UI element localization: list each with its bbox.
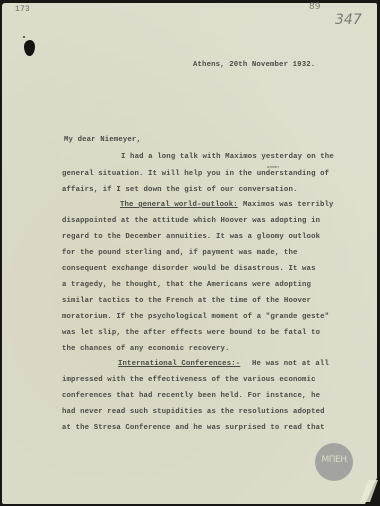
letter-line: similar tactics to the French at the tim… bbox=[62, 297, 311, 305]
handwritten-page-number: 347 bbox=[335, 12, 362, 28]
letter-line: a tragedy, he thought, that the American… bbox=[62, 281, 311, 289]
archive-stamp: ΜΠΕΗ bbox=[315, 443, 353, 481]
ink-dot bbox=[23, 36, 25, 38]
letter-line: at the Stresa Conference and he was surp… bbox=[62, 424, 325, 432]
handwritten-folio-number: 89 bbox=[309, 2, 320, 12]
letter-line: conferences that had recently been held.… bbox=[62, 392, 320, 400]
letter-line: Maximos was terribly bbox=[243, 201, 334, 209]
document-page: 173 89 347 Athens, 20th November 1932. M… bbox=[2, 3, 377, 504]
stamp-label: ΜΠΕΗ bbox=[315, 455, 353, 465]
letter-line: I had a long talk with Maximos yesterday… bbox=[121, 153, 334, 161]
letter-line: He was not at all bbox=[252, 360, 329, 368]
section-heading-world-outlook: The general world-outlook: bbox=[120, 201, 238, 209]
letter-line: general situation. It will help you in t… bbox=[62, 170, 329, 178]
dateline: Athens, 20th November 1932. bbox=[193, 61, 315, 69]
ink-blot bbox=[24, 40, 35, 56]
letter-line: the chances of any economic recovery. bbox=[62, 345, 230, 353]
letter-line: affairs, if I set down the gist of our c… bbox=[62, 186, 298, 194]
letter-line: regard to the December annuities. It was… bbox=[62, 233, 320, 241]
letter-line: had never read such stupidities as the r… bbox=[62, 408, 325, 416]
letter-line: impressed with the effectiveness of the … bbox=[62, 376, 316, 384]
letter-line: moratorium. If the psychological moment … bbox=[62, 313, 329, 321]
letter-line: for the pound sterling and, if payment w… bbox=[62, 249, 298, 257]
letter-line: disappointed at the attitude which Hoove… bbox=[62, 217, 320, 225]
salutation: My dear Niemeyer, bbox=[64, 136, 141, 144]
section-heading-international-conferences: International Conferences:- bbox=[118, 360, 240, 368]
archive-page-number: 173 bbox=[15, 5, 30, 14]
letter-line: consequent exchange disorder would be di… bbox=[62, 265, 316, 273]
letter-line: was let slip, the after effects were bou… bbox=[62, 329, 320, 337]
